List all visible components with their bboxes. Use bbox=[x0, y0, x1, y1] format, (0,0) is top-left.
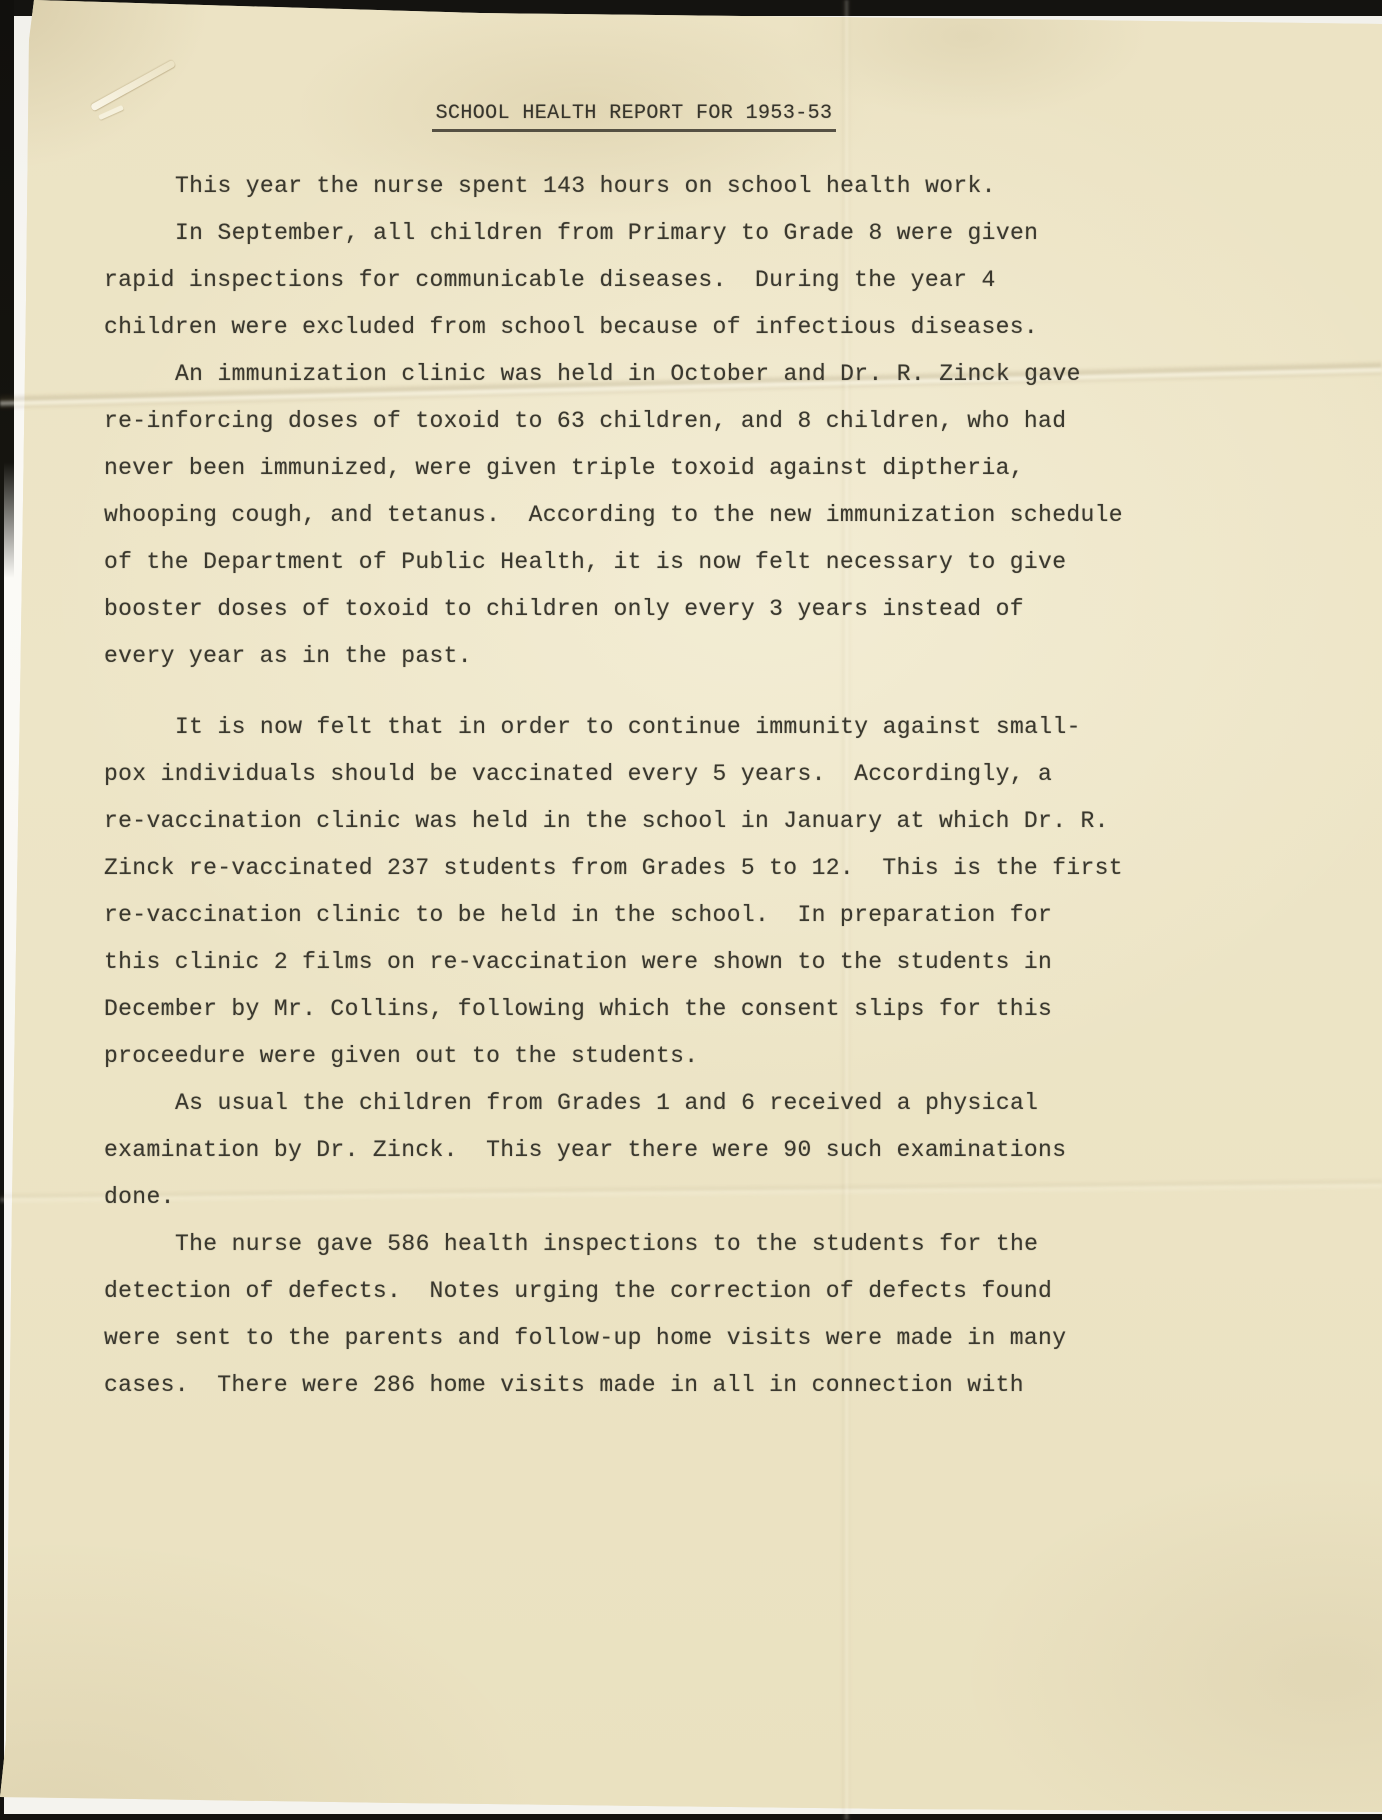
document-content: SCHOOL HEALTH REPORT FOR 1953-53 This ye… bbox=[104, 0, 1140, 1820]
text-line: of the Department of Public Health, it i… bbox=[104, 539, 1140, 586]
text-line: December by Mr. Collins, following which… bbox=[104, 986, 1140, 1033]
text-line: children were excluded from school becau… bbox=[104, 304, 1140, 351]
text-line: done. bbox=[104, 1174, 1140, 1221]
paragraph: The nurse gave 586 health inspections to… bbox=[104, 1221, 1140, 1409]
scanned-document: SCHOOL HEALTH REPORT FOR 1953-53 This ye… bbox=[0, 0, 1382, 1820]
text-line: re-inforcing doses of toxoid to 63 child… bbox=[104, 398, 1140, 445]
text-line: whooping cough, and tetanus. According t… bbox=[104, 492, 1140, 539]
page-title-row: SCHOOL HEALTH REPORT FOR 1953-53 bbox=[116, 101, 1152, 132]
text-line: this clinic 2 films on re-vaccination we… bbox=[104, 939, 1140, 986]
text-line: This year the nurse spent 143 hours on s… bbox=[104, 163, 1140, 210]
text-line: every year as in the past. bbox=[104, 633, 1140, 680]
scan-background-strip bbox=[0, 0, 14, 578]
paragraph: It is now felt that in order to continue… bbox=[104, 704, 1140, 1080]
text-line: Zinck re-vaccinated 237 students from Gr… bbox=[104, 845, 1140, 892]
text-line: pox individuals should be vaccinated eve… bbox=[104, 751, 1140, 798]
text-line: detection of defects. Notes urging the c… bbox=[104, 1268, 1140, 1315]
paragraph: In September, all children from Primary … bbox=[104, 210, 1140, 351]
text-line: The nurse gave 586 health inspections to… bbox=[104, 1221, 1140, 1268]
text-line: An immunization clinic was held in Octob… bbox=[104, 351, 1140, 398]
text-line: re-vaccination clinic was held in the sc… bbox=[104, 798, 1140, 845]
text-line: re-vaccination clinic to be held in the … bbox=[104, 892, 1140, 939]
text-line: As usual the children from Grades 1 and … bbox=[104, 1080, 1140, 1127]
text-line: examination by Dr. Zinck. This year ther… bbox=[104, 1127, 1140, 1174]
paragraph: As usual the children from Grades 1 and … bbox=[104, 1080, 1140, 1221]
text-line: It is now felt that in order to continue… bbox=[104, 704, 1140, 751]
text-line: were sent to the parents and follow-up h… bbox=[104, 1315, 1140, 1362]
paragraph: An immunization clinic was held in Octob… bbox=[104, 351, 1140, 680]
page-title: SCHOOL HEALTH REPORT FOR 1953-53 bbox=[432, 101, 837, 132]
text-line: In September, all children from Primary … bbox=[104, 210, 1140, 257]
text-line: cases. There were 286 home visits made i… bbox=[104, 1362, 1140, 1409]
paragraph: This year the nurse spent 143 hours on s… bbox=[104, 163, 1140, 210]
document-body: This year the nurse spent 143 hours on s… bbox=[104, 163, 1140, 1409]
text-line: proceedure were given out to the student… bbox=[104, 1033, 1140, 1080]
text-line: rapid inspections for communicable disea… bbox=[104, 257, 1140, 304]
text-line: booster doses of toxoid to children only… bbox=[104, 586, 1140, 633]
text-line: never been immunized, were given triple … bbox=[104, 445, 1140, 492]
